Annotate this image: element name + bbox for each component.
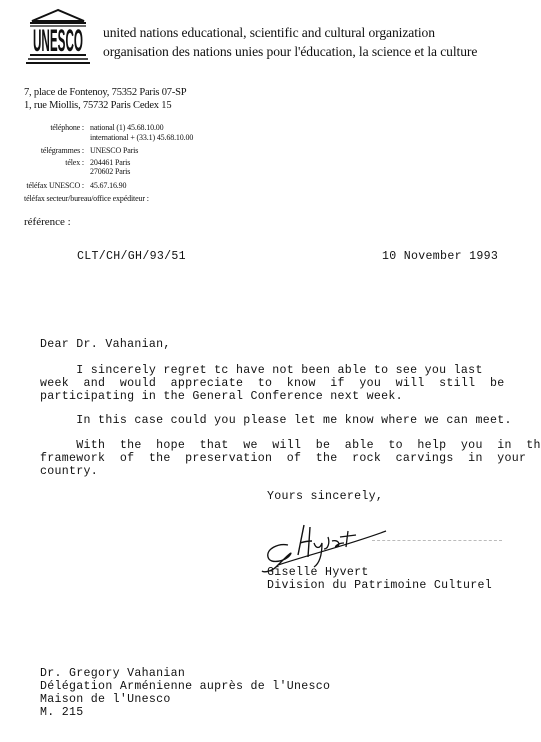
reference-label: référence :	[24, 216, 71, 228]
paragraph-1-line-2: week and would appreciate to know if you…	[40, 377, 504, 390]
telegrammes-label: télégrammes :	[41, 146, 84, 155]
recipient-line-2: Délégation Arménienne auprès de l'Unesco	[40, 680, 330, 693]
address-line-1: 7, place de Fontenoy, 75352 Paris 07-SP	[24, 87, 186, 98]
salutation: Dear Dr. Vahanian,	[40, 338, 171, 351]
recipient-line-4: M. 215	[40, 706, 84, 719]
telefax-value: 45.67.16.90	[90, 181, 126, 190]
telefax-sector-label: téléfax secteur/bureau/office expéditeur…	[24, 194, 149, 203]
letter-date: 10 November 1993	[382, 250, 498, 263]
paragraph-3-line-1: With the hope that we will be able to he…	[40, 439, 541, 452]
telephone-international: international + (33.1) 45.68.10.00	[90, 133, 193, 142]
recipient-line-1: Dr. Gregory Vahanian	[40, 667, 185, 680]
paragraph-3-line-2: framework of the preservation of the roc…	[40, 452, 526, 465]
closing: Yours sincerely,	[267, 490, 383, 503]
telefax-label: téléfax UNESCO :	[26, 181, 84, 190]
unesco-logo-icon: UNESCO	[26, 8, 90, 66]
paragraph-1-line-1: I sincerely regret tc have not been able…	[40, 364, 483, 377]
org-name-french: organisation des nations unies pour l'éd…	[103, 44, 477, 60]
svg-text:UNESCO: UNESCO	[33, 23, 83, 58]
telex-value-1: 204461 Paris	[90, 158, 130, 167]
telegrammes-value: UNESCO Paris	[90, 146, 138, 155]
telex-label: télex :	[65, 158, 84, 167]
paragraph-1-line-3: participating in the General Conference …	[40, 390, 403, 403]
signature-line	[372, 540, 502, 541]
reference-code: CLT/CH/GH/93/51	[77, 250, 186, 263]
paragraph-2-line-1: In this case could you please let me kno…	[40, 414, 512, 427]
paragraph-3-line-3: country.	[40, 465, 98, 478]
address-line-2: 1, rue Miollis, 75732 Paris Cedex 15	[24, 100, 171, 111]
signatory-division: Division du Patrimoine Culturel	[267, 579, 492, 592]
signatory-name: Giselle Hyvert	[267, 566, 369, 579]
recipient-line-3: Maison de l'Unesco	[40, 693, 171, 706]
org-name-english: united nations educational, scientific a…	[103, 25, 435, 41]
telex-value-2: 270602 Paris	[90, 167, 130, 176]
telephone-national: national (1) 45.68.10.00	[90, 123, 164, 132]
telephone-label: téléphone :	[50, 123, 84, 132]
